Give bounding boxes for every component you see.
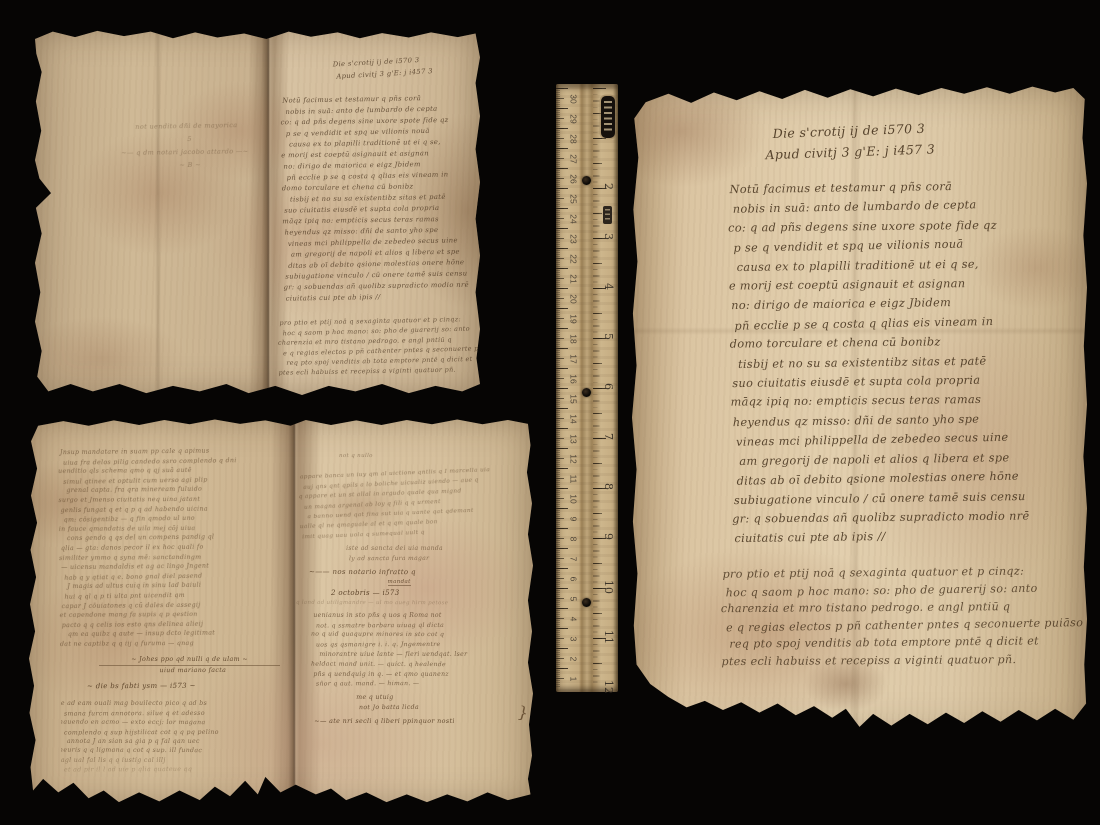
left-page-paragraph2: e ad eam ouali mag bouilecto pico q ad b… [61,699,288,774]
ruler-hole [582,598,591,607]
notary-flourish-line: ~—— nos notario infratto q [309,568,416,576]
ruler-cm-number: 3 [569,633,579,646]
ruler-inch-number: 7 [602,430,615,443]
ruler-cm-number: 10 [569,493,579,506]
ruler-cm-number: 17 [569,353,579,366]
ruler-cm-number: 14 [569,413,579,426]
ruler-inch-number: 12 [602,680,615,693]
ruler-inch-number: 4 [602,280,615,293]
folio-paragraph2-small: pro ptio et ptij noā q sexaginta quatuor… [279,314,472,378]
left-page-body: Jnsup mandatare in suam pp cale q apimus… [60,446,289,650]
ruler-cm-number: 26 [569,173,579,186]
manuscript-text-line: similiter ymmo q syna mē: sanctandingm [59,552,286,563]
ruler-cm-number: 13 [569,433,579,446]
manuscript-text-line: et capendone mang fa supis q p qestion [59,609,286,620]
ruler-cm-number: 2 [569,653,579,666]
ruler-cm-number: 11 [569,473,579,486]
ruler-cm-number: 30 [569,93,579,106]
docket-text-block: not uendito dñi de mayorica5~— q dm nota… [119,119,253,173]
right-page-top-note: not q nullo [339,453,373,459]
right-page-paragraph1: appare banca un iuy qm al uictione qntli… [299,464,534,543]
ruler-inch-number: 10 [602,580,615,593]
maker-stamp [601,96,615,138]
manuscript-text-line: ly ad sancta fura magar [349,554,446,564]
manuscript-bifolium-top-left: not uendito dñi de mayorica5~— q dm nota… [35,28,480,395]
ruler-cm-number: 8 [569,533,579,546]
manuscript-leaf-right: Die s'crotij ij de i570 3Apud civitj 3 g… [632,86,1087,736]
manuscript-text-line: ciuitatis cui pte ab ipis // [734,525,1039,549]
ruler-cm-scale: 3029282726252423222120191817161514131211… [556,88,581,688]
right-page-signature: me q utuignot Jo batta licda [356,693,416,713]
small-stamp-mark [603,206,612,224]
folio-paragraph1-small: Notū facimus et testamur q pñs corānobis… [282,92,473,304]
manuscript-text-line: req pto spoj venditis ab tota emptore pn… [729,632,1057,653]
manuscript-text-line: hauendo en acmo — exto eccj: lor magana [59,718,286,728]
ruler-cm-number: 18 [569,333,579,346]
photo-stage: not uendito dñi de mayorica5~— q dm nota… [0,0,1100,825]
right-page-paragraph2: uenianus in sto pñs q uos q Roma notnot.… [313,611,530,689]
notary-sub-word: mandat [388,579,411,586]
ruler-cm-number: 23 [569,233,579,246]
manuscript-text-line: et ad pir il l ad uie p qlia quateue qq [64,765,291,775]
manuscript-text-line: not Jo batta licda [359,703,419,713]
manuscript-text-line: heuris q q ligmana q cot q sup. ill fund… [59,746,286,756]
folio-heading-small: Die s'crotij ij de i570 3Apud civitj 3 g… [333,55,431,83]
manuscript-text-line: uos qs qsmanigre i. i. q. Jngementre [316,640,533,651]
manuscript-text-line: ~ Johes ppo qd nulli q de ulam ~ [99,655,281,666]
manuscript-text-line: dat ne captibz q q iij q furuma — qnag [60,638,287,649]
ruler-cm-number: 5 [569,593,579,606]
ruler-inch-number: 6 [602,380,615,393]
right-page-oath-lines: iste ad sancta dei uia mandaly ad sancta… [346,544,443,564]
ruler-hole [582,388,591,397]
ruler-cm-number: 12 [569,453,579,466]
manuscript-text-line: iste ad sancta dei uia manda [346,544,443,554]
ruler-cm-number: 21 [569,273,579,286]
ruler-cm-number: 28 [569,133,579,146]
ruler-cm-number: 16 [569,373,579,386]
ruler-cm-number: 1 [569,673,579,686]
manuscript-text-line: surgo et Jmenso ciuitatis neq uina jatan… [58,494,285,505]
manuscript-text-line: minorantre uiue lante — fieri uendqat. l… [319,650,536,660]
date-line: 2 octobris — i573 [331,589,400,597]
ruler-cm-number: 4 [569,613,579,626]
manuscript-bifolium-bottom-left: Jnsup mandatare in suam pp cale q apimus… [28,418,533,806]
folio-paragraph2: pro ptio et ptij noā q sexaginta quatuor… [722,562,1051,670]
ruler-cm-number: 9 [569,513,579,526]
manuscript-text-line: uenianus in sto pñs q uos q Roma not [313,611,530,621]
ruler-inch-number: 2 [602,180,615,193]
faint-line: q land ad utiligmandre — ul mo aueg hirm… [296,600,448,607]
manuscript-text-line: heldact mand unit. — quict. q healende [311,659,528,670]
ruler-cm-number: 24 [569,213,579,226]
ruler-inch-scale: 23456789101112 [593,88,618,688]
manuscript-text-line: gr: q sobuendas añ quolibz supradicto mo… [732,507,1037,530]
ruler-cm-number: 29 [569,113,579,126]
ruler-inch-number: 3 [602,230,615,243]
ruler-hole [582,176,591,185]
ruler-cm-number: 22 [569,253,579,266]
ruler-cm-number: 15 [569,393,579,406]
folio-paragraph1: Notū facimus et testamur q pñs corānobis… [730,176,1040,549]
closing-line: ~— ate nri secli q liberi ppinquor nosti [314,717,455,725]
left-page-section-heading: ~ die bs fabti ysm — i573 ~ [87,682,196,690]
ruler-inch-number: 5 [602,330,615,343]
manuscript-text-line: uiud mariano facta [102,665,284,676]
ruler-cm-number: 20 [569,293,579,306]
ruler-cm-number: 25 [569,193,579,206]
manuscript-text-line: ptes ecli habuiss et recepiss a viginti … [278,364,469,377]
ruler-inch-number: 9 [602,530,615,543]
manuscript-text-line: e morij est coeptū asignauit et asignan [729,274,1034,297]
fold-crease [262,28,274,395]
manuscript-text-line: e ad eam ouali mag bouilecto pico q ad b… [61,699,288,708]
closing-flourish-glyph: } [516,702,530,723]
ruler-inch-number: 11 [602,630,615,643]
left-page-signature: ~ Johes ppo qd nulli q de ulam ~uiud mar… [99,655,281,676]
wooden-ruler: 3029282726252423222120191817161514131211… [556,84,618,692]
ruler-cm-number: 6 [569,573,579,586]
manuscript-text-line: ~ B ~ [123,157,257,173]
ruler-cm-number: 27 [569,153,579,166]
manuscript-text-line: sñor q aut. mand. — himan. — [316,679,533,690]
folio-heading: Die s'crotij ij de i570 3Apud civitj 3 g… [772,117,943,165]
ruler-inch-number: 8 [602,480,615,493]
secondary-crease [155,28,161,395]
ruler-cm-number: 19 [569,313,579,326]
manuscript-text-line: complendo q sup hijstilicat cot q q pq p… [64,727,291,737]
manuscript-text-line: ptes ecli habuiss et recepiss a viginti … [721,650,1049,670]
ruler-cm-number: 7 [569,553,579,566]
